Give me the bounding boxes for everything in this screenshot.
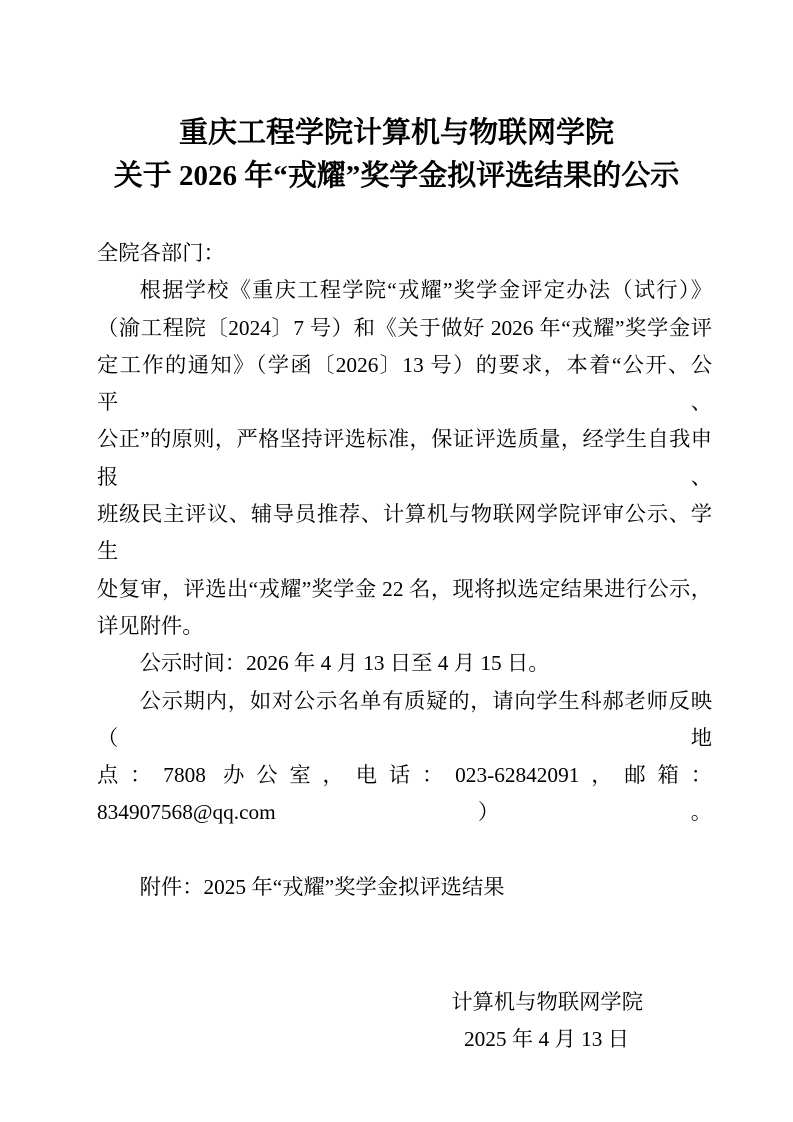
paragraph-1-line-3: 定工作的通知》（学函〔2026〕13 号）的要求，本着“公开、公平、 — [97, 347, 712, 422]
paragraph-3-line-2-contact: 点：7808 办公室，电话：023-62842091，邮箱：834907568@… — [97, 757, 712, 832]
title-line-1: 重庆工程学院计算机与物联网学院 — [0, 112, 793, 155]
document-page: 重庆工程学院计算机与物联网学院 关于 2026 年“戎耀”奖学金拟评选结果的公示… — [0, 0, 793, 1122]
paragraph-1-line-6: 处复审，评选出“戎耀”奖学金 22 名，现将拟选定结果进行公示， — [97, 571, 712, 608]
paragraph-3-line-1: 公示期内，如对公示名单有质疑的，请向学生科郝老师反映（地 — [97, 683, 712, 758]
salutation: 全院各部门： — [97, 235, 712, 272]
signature-department: 计算机与物联网学院 — [97, 984, 712, 1021]
paragraph-1-line-5: 班级民主评议、辅导员推荐、计算机与物联网学院评审公示、学生 — [97, 496, 712, 571]
paragraph-1-line-4: 公正”的原则，严格坚持评选标准，保证评选质量，经学生自我申报、 — [97, 421, 712, 496]
paragraph-1-line-7: 详见附件。 — [97, 608, 712, 645]
title-line-2: 关于 2026 年“戎耀”奖学金拟评选结果的公示 — [0, 155, 793, 198]
signature-date: 2025 年 4 月 13 日 — [97, 1021, 712, 1058]
attachment-reference: 附件：2025 年“戎耀”奖学金拟评选结果 — [97, 869, 712, 906]
paragraph-2-publicity-period: 公示时间：2026 年 4 月 13 日至 4 月 15 日。 — [97, 645, 712, 682]
paragraph-1-line-1: 根据学校《重庆工程学院“戎耀”奖学金评定办法（试行）》 — [97, 272, 712, 309]
paragraph-1-line-2: （渝工程院〔2024〕7 号）和《关于做好 2026 年“戎耀”奖学金评 — [97, 310, 712, 347]
document-title: 重庆工程学院计算机与物联网学院 关于 2026 年“戎耀”奖学金拟评选结果的公示 — [0, 0, 793, 198]
document-body: 全院各部门： 根据学校《重庆工程学院“戎耀”奖学金评定办法（试行）》 （渝工程院… — [0, 235, 793, 1059]
